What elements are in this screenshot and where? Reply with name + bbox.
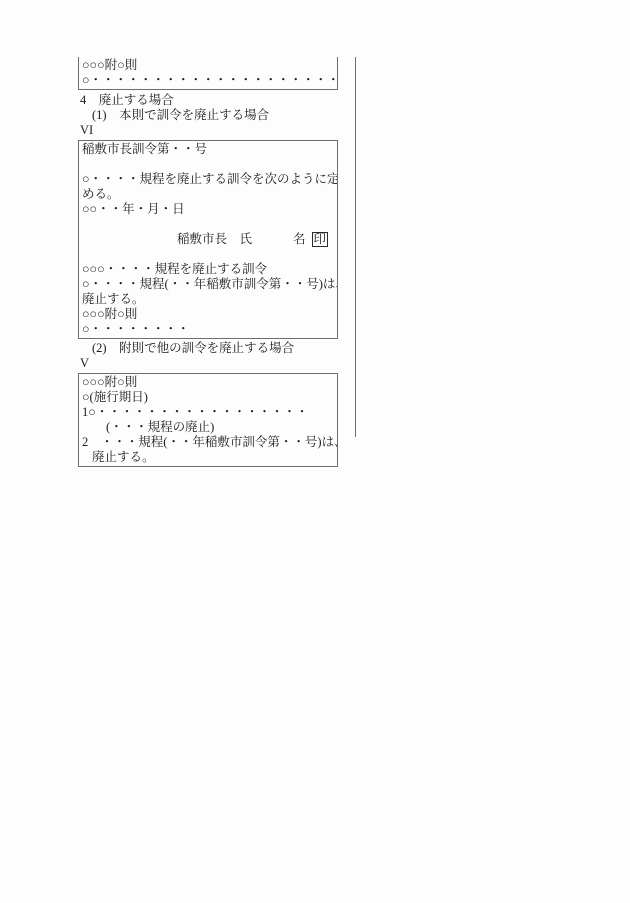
box-line-preamble-cont: める。 [82,187,334,202]
box-line-directive-no: 稲敷市長訓令第・・号 [82,142,334,157]
signature-name-left: 稲敷市長 氏 [177,232,252,246]
box-line-heading: ○(施行期日) [82,390,334,405]
example-vi-label: VI [78,123,338,138]
signature-line: 稲敷市長 氏名印 [82,217,334,262]
example-box-clipped: ○○○附○則 ○・・・・・・・・・・・・・・・・・・・・・ [78,57,338,90]
content-column: ○○○附○則 ○・・・・・・・・・・・・・・・・・・・・・ 4 廃止する場合 (… [78,57,338,467]
subitem-2: (2) 附則で他の訓令を廃止する場合 [78,341,338,356]
box-line-date: ○○・・年・月・日 [82,202,334,217]
box-line-blank [82,157,334,172]
subitem-1: (1) 本則で訓令を廃止する場合 [78,108,338,123]
box-line: ○・・・・・・・・・・・・・・・・・・・・・ [82,73,334,88]
box-line-body: ○・・・・規程(・・年稲敷市訓令第・・号)は、 [82,277,334,292]
signature-name-right: 名 [293,232,306,246]
seal-mark: 印 [312,232,329,247]
box-line-item1: 1○・・・・・・・・・・・・・・・・・ [82,405,334,420]
box-line-preamble: ○・・・・規程を廃止する訓令を次のように定 [82,172,334,187]
box-line-title: ○○○・・・・規程を廃止する訓令 [82,262,334,277]
box-line-body-cont: 廃止する。 [82,292,334,307]
box-line-item2-cont: 廃止する。 [82,450,334,465]
section-heading: 4 廃止する場合 [78,93,338,108]
box-line: ○○○附○則 [82,58,334,73]
example-box-v: ○○○附○則 ○(施行期日) 1○・・・・・・・・・・・・・・・・・ (・・・規… [78,373,338,467]
box-line-item2-heading: (・・・規程の廃止) [82,420,334,435]
box-line-fusoku: ○○○附○則 [82,307,334,322]
example-box-vi: 稲敷市長訓令第・・号 ○・・・・規程を廃止する訓令を次のように定 める。 ○○・… [78,140,338,339]
box-line-fusoku-body: ○・・・・・・・・ [82,322,334,337]
document-page: ○○○附○則 ○・・・・・・・・・・・・・・・・・・・・・ 4 廃止する場合 (… [0,0,630,903]
example-v-label: V [78,356,338,371]
table-border-vertical-rule [355,57,356,437]
box-line-fusoku: ○○○附○則 [82,375,334,390]
box-line-item2: 2 ・・・規程(・・年稲敷市訓令第・・号)は、 [82,435,334,450]
